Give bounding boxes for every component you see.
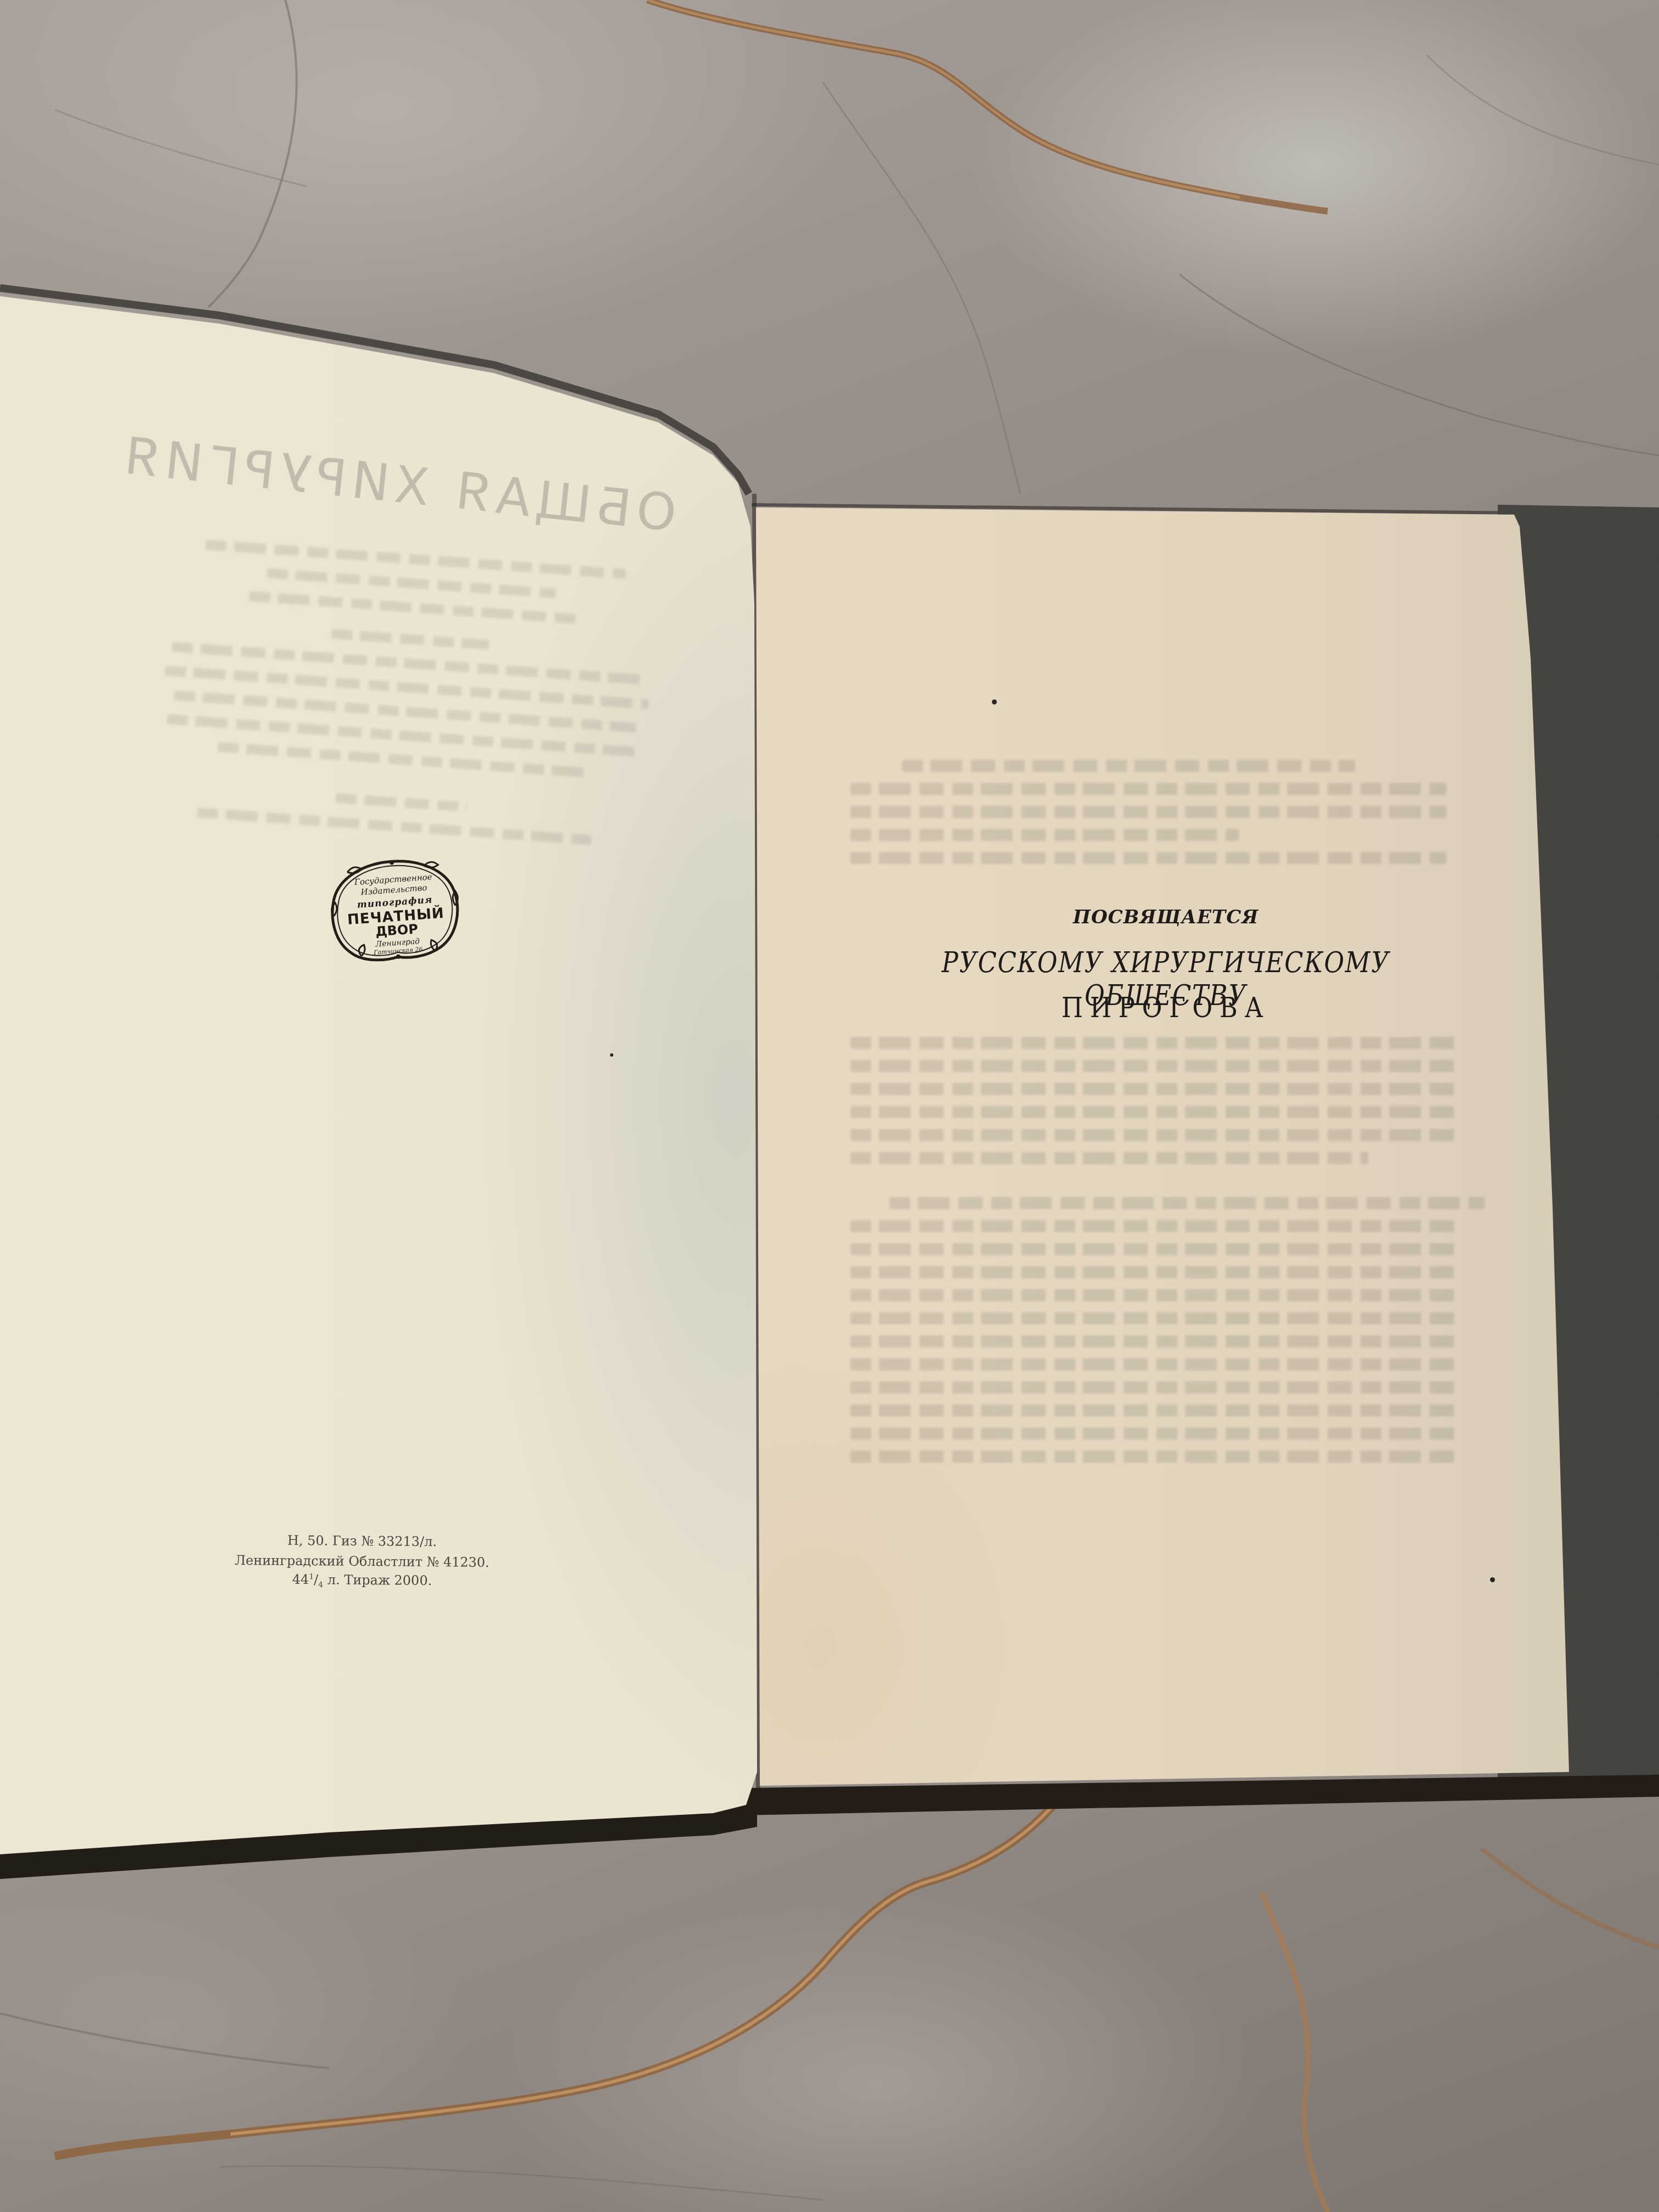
photo-scene: ОБЩАЯ ХИРУРГИЯ Государственное Издательс… xyxy=(0,0,1659,2212)
dedication-name: ПИРОГОВА xyxy=(887,992,1445,1024)
colophon-line-2: Ленинградский Областлит № 41230. xyxy=(187,1552,538,1571)
colophon-fraction: 1/4 xyxy=(309,1572,323,1587)
paper-speck xyxy=(610,1053,613,1057)
colophon-print-run: л. Тираж 2000. xyxy=(323,1572,432,1588)
dedication-lead: ПОСВЯЩАЕТСЯ xyxy=(856,906,1476,928)
printer-stamp: Государственное Издательство типография … xyxy=(325,853,466,966)
colophon-line-1: Н, 50. Гиз № 33213/л. xyxy=(187,1532,538,1550)
paper-speck xyxy=(992,699,997,704)
colophon-sheets: 44 xyxy=(292,1572,309,1587)
paper-speck xyxy=(1490,1577,1495,1582)
marble-vein-bottom xyxy=(0,1783,1659,2212)
colophon-line-3: 441/4 л. Тираж 2000. xyxy=(187,1571,538,1591)
